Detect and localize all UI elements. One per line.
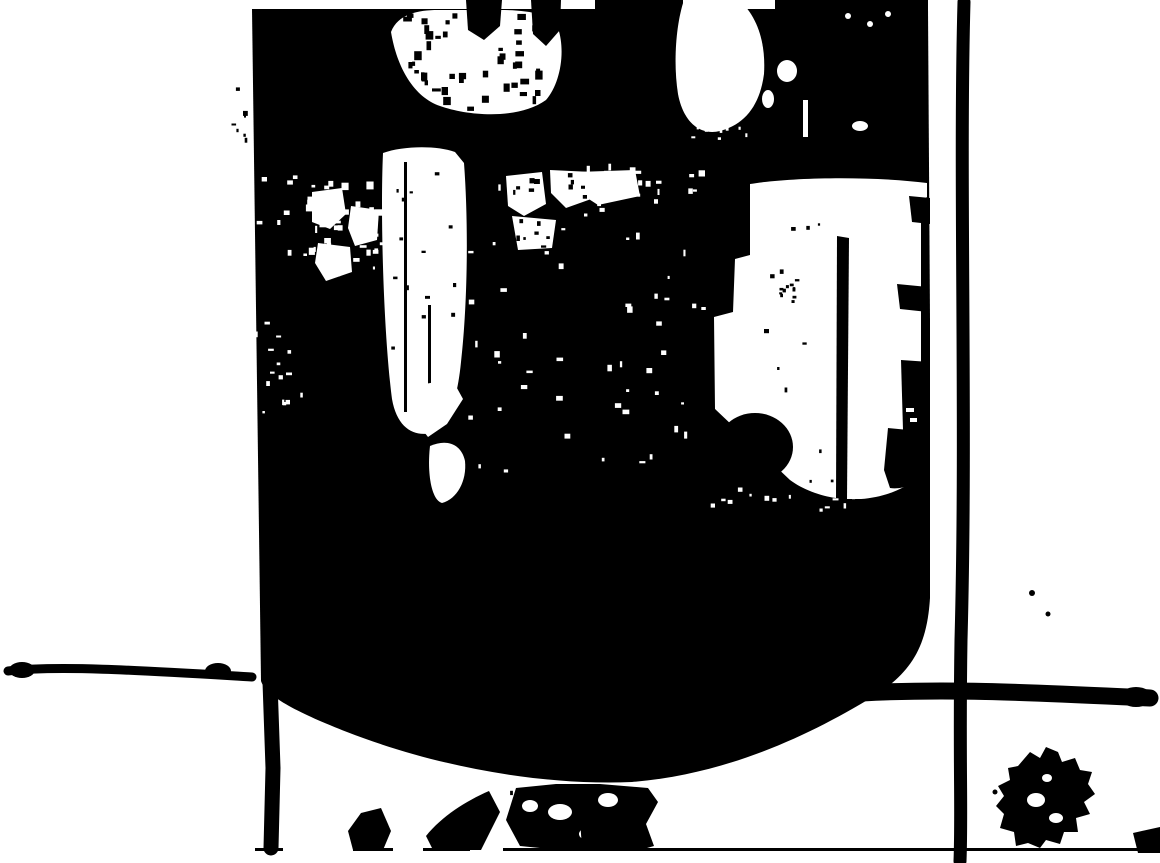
tile-edge-line-2 xyxy=(353,848,393,851)
noise-center xyxy=(607,365,612,372)
noise-left-cluster xyxy=(380,242,386,245)
noise-window-left-leg xyxy=(806,226,810,230)
noise-foliage-top-left xyxy=(513,62,517,68)
tile-edge-line-3 xyxy=(423,848,470,851)
noise-window-left-leg xyxy=(785,388,788,393)
noise-center xyxy=(556,396,563,401)
noise-liquid-surface xyxy=(844,503,847,508)
noise-center xyxy=(626,389,629,392)
tile-speck-3 xyxy=(993,790,998,795)
noise-left-edge-marks xyxy=(236,87,240,91)
window-shadow-round-blob xyxy=(717,413,793,481)
reflection-tick-1 xyxy=(845,13,851,19)
noise-foliage-top-left xyxy=(504,84,510,92)
noise-mid-cluster-dots xyxy=(529,188,534,192)
noise-center xyxy=(692,304,696,309)
noise-band-left-top xyxy=(584,174,587,178)
noise-band-left-top xyxy=(693,189,697,191)
noise-center xyxy=(597,203,601,206)
noise-window-dot-cluster xyxy=(786,285,789,288)
noise-center xyxy=(620,361,622,367)
noise-foliage-top-left xyxy=(514,29,522,34)
noise-window-left-leg xyxy=(792,300,795,303)
noise-streak-interior xyxy=(410,191,413,193)
noise-left-column xyxy=(288,250,292,256)
top-band-notch-2 xyxy=(775,0,928,13)
noise-center xyxy=(654,294,657,299)
window-notch-top xyxy=(909,196,930,224)
noise-below-bottom-edge xyxy=(587,788,589,790)
noise-left-cluster xyxy=(328,181,333,187)
noise-center xyxy=(498,361,501,364)
noise-liquid-surface xyxy=(711,504,715,508)
noise-left-column xyxy=(256,332,258,338)
noise-mid-cluster-dots xyxy=(516,186,520,189)
noise-window-left-leg xyxy=(810,480,812,483)
noise-streak-interior xyxy=(391,347,395,350)
noise-band-left-top xyxy=(582,178,587,183)
noise-streak-interior xyxy=(402,198,407,202)
noise-band-left-top xyxy=(635,171,642,174)
noise-center xyxy=(602,458,605,462)
noise-window-left-leg xyxy=(795,279,800,281)
noise-left-column xyxy=(277,220,280,225)
noise-left-cluster xyxy=(328,211,330,218)
noise-left-cluster xyxy=(309,248,315,255)
noise-center xyxy=(623,410,630,415)
noise-left-cluster xyxy=(353,258,359,262)
noise-liquid-surface xyxy=(852,494,855,500)
noise-center xyxy=(494,351,500,357)
noise-band-left-top xyxy=(594,178,599,184)
noise-left-cluster xyxy=(329,261,334,267)
noise-foliage-top-left xyxy=(516,40,522,44)
noise-center xyxy=(468,416,473,420)
noise-foliage-top-left xyxy=(414,51,422,60)
noise-left-cluster xyxy=(366,182,373,190)
noise-mid-cluster-dots xyxy=(568,173,573,177)
noise-foliage-top-left xyxy=(443,32,448,38)
noise-foliage-top-left xyxy=(426,31,434,39)
shadow-corner-wedge xyxy=(580,817,613,848)
noise-band-left-top xyxy=(638,180,642,185)
reflection-dot-a xyxy=(777,60,797,82)
noise-left-column xyxy=(270,372,275,374)
noise-liquid-surface xyxy=(721,499,725,502)
noise-left-column xyxy=(286,400,290,405)
noise-center xyxy=(526,371,532,374)
noise-foliage-top-left xyxy=(533,96,537,104)
shadow-cluster-hole-2 xyxy=(598,793,618,807)
noise-left-column xyxy=(268,349,274,351)
noise-center xyxy=(650,454,653,459)
noise-mid-cluster-dots xyxy=(523,237,526,240)
noise-streak-interior xyxy=(393,277,397,280)
tile-edge-line-4 xyxy=(503,848,1160,851)
noise-mid-cluster-dots xyxy=(530,178,535,183)
beaker-photo xyxy=(0,0,1160,863)
noise-below-bottom-edge xyxy=(568,790,570,793)
noise-streak-interior xyxy=(422,315,426,318)
noise-below-bottom-edge xyxy=(559,787,562,791)
noise-mid-cluster-dots xyxy=(564,221,568,224)
reflection-sliver xyxy=(803,100,808,137)
noise-window-left-leg xyxy=(791,227,796,231)
noise-mid-cluster-dots xyxy=(571,180,574,185)
noise-liquid-surface xyxy=(749,494,751,497)
noise-vase-bottom xyxy=(739,127,741,130)
noise-window-left-leg xyxy=(764,329,769,333)
noise-center xyxy=(545,251,549,254)
noise-foliage-top-left xyxy=(517,14,526,20)
noise-foliage-top-left xyxy=(452,13,457,18)
noise-foliage-top-left xyxy=(442,87,448,95)
notch-white-dash-1 xyxy=(906,408,914,412)
noise-vase-bottom xyxy=(697,127,699,129)
noise-left-edge-marks xyxy=(245,138,248,143)
noise-below-bottom-edge xyxy=(636,793,640,796)
noise-band-left-top xyxy=(619,194,625,198)
noise-band-left-top xyxy=(646,181,651,187)
noise-left-cluster xyxy=(366,250,370,256)
noise-window-left-leg xyxy=(819,449,822,453)
noise-blob-mid-3 xyxy=(512,216,556,250)
noise-window-left-leg xyxy=(802,342,806,344)
noise-band-left-top xyxy=(578,174,582,178)
noise-left-cluster xyxy=(320,223,326,228)
noise-mid-cluster-dots xyxy=(546,207,551,211)
noise-center xyxy=(565,434,571,439)
noise-streak-interior xyxy=(449,225,453,228)
noise-mid-cluster-dots xyxy=(537,221,541,226)
grout-knot-right-end xyxy=(1120,687,1152,707)
noise-center xyxy=(701,307,706,310)
noise-mid-cluster-dots xyxy=(513,190,515,195)
noise-left-column xyxy=(277,363,281,366)
noise-window-dot-cluster xyxy=(780,288,784,291)
noise-window-left-leg xyxy=(777,367,779,370)
noise-foliage-top-left xyxy=(435,36,441,39)
noise-left-cluster xyxy=(360,245,367,248)
noise-center xyxy=(521,385,527,389)
noise-center xyxy=(664,298,669,301)
noise-foliage-top-left xyxy=(446,20,450,24)
noise-vase-bottom xyxy=(718,137,721,140)
noise-left-column xyxy=(266,381,270,386)
noise-liquid-surface xyxy=(789,495,791,499)
noise-foliage-top-left xyxy=(402,96,409,105)
noise-left-cluster xyxy=(373,267,375,270)
noise-center xyxy=(639,461,645,463)
noise-left-column xyxy=(276,336,281,338)
noise-below-bottom-edge xyxy=(510,791,513,795)
grout-line-vertical-right xyxy=(960,2,964,861)
noise-foliage-top-left xyxy=(498,48,503,51)
shadow-cluster-hole-1 xyxy=(548,804,572,820)
noise-left-cluster xyxy=(375,209,383,215)
noise-center xyxy=(625,304,631,307)
noise-mid-cluster-dots xyxy=(534,232,538,235)
noise-foliage-top-left xyxy=(482,96,489,103)
noise-streak-interior xyxy=(422,251,426,253)
noise-streak-interior xyxy=(399,237,403,240)
noise-left-cluster xyxy=(327,243,331,250)
noise-band-left-top xyxy=(654,199,658,204)
noise-center xyxy=(493,242,496,245)
noise-band-left-top xyxy=(689,174,694,177)
noise-left-cluster xyxy=(369,207,374,211)
noise-foliage-top-left xyxy=(422,18,428,24)
noise-left-cluster xyxy=(356,201,361,207)
noise-mid-cluster-dots xyxy=(581,186,585,189)
noise-streak-interior xyxy=(435,172,440,175)
plant-hole-3 xyxy=(1042,774,1052,782)
tile-edge-line-1 xyxy=(255,848,283,851)
noise-left-column xyxy=(262,411,265,413)
noise-liquid-surface xyxy=(820,509,823,512)
noise-left-cluster xyxy=(315,226,317,233)
noise-foliage-top-left xyxy=(483,71,488,78)
noise-left-cluster xyxy=(338,269,340,277)
noise-left-cluster xyxy=(339,197,342,204)
noise-liquid-surface xyxy=(825,506,830,508)
noise-mid-cluster-dots xyxy=(583,195,587,199)
noise-left-column xyxy=(286,373,292,376)
noise-window-left-leg xyxy=(780,269,784,274)
noise-mid-cluster-dots xyxy=(569,185,573,190)
noise-foliage-top-left xyxy=(412,62,415,66)
noise-left-cluster xyxy=(333,221,341,224)
noise-center xyxy=(630,167,636,172)
noise-center xyxy=(504,469,508,472)
noise-window-left-leg xyxy=(778,470,780,473)
noise-band-left-top xyxy=(601,175,604,179)
noise-center xyxy=(523,333,527,339)
noise-left-cluster xyxy=(312,185,316,188)
noise-mid-cluster-dots xyxy=(516,236,520,242)
noise-left-edge-marks xyxy=(243,134,245,137)
noise-left-cluster xyxy=(324,238,331,244)
noise-mid-cluster-dots xyxy=(540,208,545,212)
noise-center xyxy=(587,166,590,173)
noise-center xyxy=(584,214,587,217)
noise-left-edge-marks xyxy=(244,115,246,117)
noise-center xyxy=(626,238,629,241)
noise-center xyxy=(681,402,684,404)
window-notch-mid-1 xyxy=(897,284,928,312)
noise-foliage-top-left xyxy=(403,17,412,22)
noise-left-column xyxy=(293,175,298,179)
noise-left-column xyxy=(284,211,290,216)
window-mullion xyxy=(836,236,849,500)
noise-center xyxy=(608,164,611,171)
top-band-notch-1 xyxy=(595,0,683,13)
noise-window-dot-cluster xyxy=(790,284,794,287)
shadow-cluster-hole-4 xyxy=(522,800,538,812)
noise-left-column xyxy=(300,393,303,398)
noise-mid-cluster-dots xyxy=(534,179,540,184)
noise-left-column xyxy=(283,402,287,405)
noise-center xyxy=(656,321,662,325)
noise-center xyxy=(468,251,473,253)
noise-streak-interior xyxy=(406,285,409,290)
reflection-tick-3 xyxy=(885,11,891,17)
noise-band-left-top xyxy=(688,188,693,194)
noise-vase-bottom xyxy=(705,129,708,132)
reflection-tick-2 xyxy=(867,21,873,27)
noise-liquid-surface xyxy=(765,496,770,501)
noise-left-column xyxy=(279,375,283,379)
noise-streak-interior xyxy=(451,313,455,317)
grout-line-vertical-left-lower xyxy=(270,682,273,848)
noise-band-left-top xyxy=(699,170,705,176)
noise-left-edge-marks xyxy=(236,129,238,132)
noise-center xyxy=(498,184,500,190)
noise-window-left-leg xyxy=(770,274,775,278)
noise-band-left-top xyxy=(604,171,609,176)
noise-center xyxy=(661,350,666,355)
noise-vase-bottom xyxy=(691,136,695,138)
noise-foliage-top-left xyxy=(422,73,428,82)
noise-left-cluster xyxy=(371,234,379,237)
noise-band-left-top xyxy=(656,181,662,184)
noise-left-cluster xyxy=(374,248,378,253)
noise-foliage-top-left xyxy=(538,24,543,28)
noise-foliage-top-left xyxy=(535,90,541,96)
notch-white-dash-2 xyxy=(910,418,917,422)
noise-left-cluster xyxy=(322,194,325,199)
noise-window-dot-cluster xyxy=(779,292,782,294)
noise-foliage-top-left xyxy=(520,92,527,96)
noise-band-left-top xyxy=(626,178,632,185)
noise-vase-bottom xyxy=(720,129,723,133)
noise-foliage-top-left xyxy=(535,71,542,80)
noise-left-cluster xyxy=(342,183,349,190)
noise-below-bottom-edge xyxy=(533,793,538,795)
noise-foliage-top-left xyxy=(432,88,441,91)
reflection-dot-c xyxy=(852,121,868,131)
noise-band-left-top xyxy=(589,178,592,182)
noise-center xyxy=(683,250,685,257)
noise-liquid-surface xyxy=(738,488,743,492)
noise-left-cluster xyxy=(303,254,307,257)
noise-center xyxy=(575,181,581,184)
noise-left-cluster xyxy=(343,209,349,214)
noise-left-cluster xyxy=(368,214,371,220)
noise-foliage-top-left xyxy=(421,101,426,109)
noise-streak-interior xyxy=(425,296,430,299)
noise-foliage-top-left xyxy=(532,25,536,31)
noise-center xyxy=(500,288,507,292)
noise-band-left-top xyxy=(629,189,635,194)
noise-center xyxy=(646,368,652,373)
noise-center xyxy=(559,263,564,269)
noise-window-left-leg xyxy=(831,480,834,483)
noise-liquid-surface xyxy=(728,500,733,504)
noise-foliage-top-left xyxy=(520,79,529,85)
noise-center xyxy=(615,403,621,408)
noise-center xyxy=(557,358,564,362)
noise-below-bottom-edge xyxy=(644,791,648,796)
noise-left-column xyxy=(262,177,267,182)
tile-speck-2 xyxy=(1046,612,1051,617)
reflection-dot-b xyxy=(762,90,774,108)
window-notch-mid-2 xyxy=(901,360,930,433)
noise-center xyxy=(600,208,605,212)
noise-left-column xyxy=(265,322,270,325)
noise-foliage-top-left xyxy=(498,56,504,64)
noise-mid-cluster-dots xyxy=(557,230,561,233)
noise-foliage-top-left xyxy=(408,62,412,68)
noise-below-bottom-edge xyxy=(542,791,546,793)
noise-band-left-top xyxy=(638,194,641,197)
noise-center xyxy=(498,407,502,411)
noise-mid-cluster-dots xyxy=(546,236,550,239)
noise-foliage-top-left xyxy=(427,41,432,50)
noise-foliage-top-left xyxy=(414,70,419,74)
noise-window-dot-cluster xyxy=(793,288,796,292)
noise-left-cluster xyxy=(306,205,312,212)
noise-left-edge-marks xyxy=(243,111,248,116)
grout-knot-left-end xyxy=(9,662,35,678)
noise-center xyxy=(636,233,640,240)
noise-center xyxy=(475,341,477,348)
noise-left-edge-marks xyxy=(232,124,237,126)
photo-canvas xyxy=(0,0,1160,863)
noise-foliage-top-left xyxy=(459,73,466,79)
grout-knot-left-mid xyxy=(205,663,231,679)
plant-hole-1 xyxy=(1027,793,1045,807)
noise-center xyxy=(627,306,633,312)
noise-window-left-leg xyxy=(818,223,820,225)
noise-center xyxy=(668,276,670,279)
noise-liquid-surface xyxy=(772,498,776,502)
noise-mid-cluster-dots xyxy=(549,214,554,217)
noise-left-cluster xyxy=(374,219,378,222)
noise-band-left-top xyxy=(658,189,660,195)
noise-foliage-top-left xyxy=(511,83,517,88)
noise-streak-interior xyxy=(453,283,456,287)
noise-mid-cluster-dots xyxy=(541,245,546,247)
noise-center xyxy=(524,219,528,223)
noise-liquid-surface xyxy=(833,498,839,500)
noise-center xyxy=(478,464,481,468)
noise-foliage-top-left xyxy=(515,51,524,56)
noise-window-dot-cluster xyxy=(793,296,797,299)
noise-foliage-top-left xyxy=(443,97,451,105)
noise-mid-cluster-dots xyxy=(519,219,523,223)
noise-foliage-top-left xyxy=(459,79,464,83)
noise-foliage-top-left xyxy=(479,23,486,28)
noise-center xyxy=(674,426,678,433)
noise-center xyxy=(469,300,475,305)
noise-foliage-top-left xyxy=(449,74,455,79)
noise-foliage-top-left xyxy=(467,107,474,111)
noise-left-column xyxy=(288,350,292,354)
noise-left-cluster xyxy=(323,263,328,268)
noise-center xyxy=(655,391,659,395)
noise-left-cluster xyxy=(334,225,339,230)
plant-hole-2 xyxy=(1049,813,1063,823)
noise-left-column xyxy=(257,221,263,225)
noise-vase-bottom xyxy=(745,133,747,137)
grout-line-horizontal-right xyxy=(862,691,1150,698)
tile-speck-1 xyxy=(1029,590,1035,596)
noise-vase-bottom xyxy=(726,127,729,131)
noise-left-column xyxy=(287,180,293,184)
noise-center xyxy=(684,432,687,439)
noise-center xyxy=(561,228,565,230)
